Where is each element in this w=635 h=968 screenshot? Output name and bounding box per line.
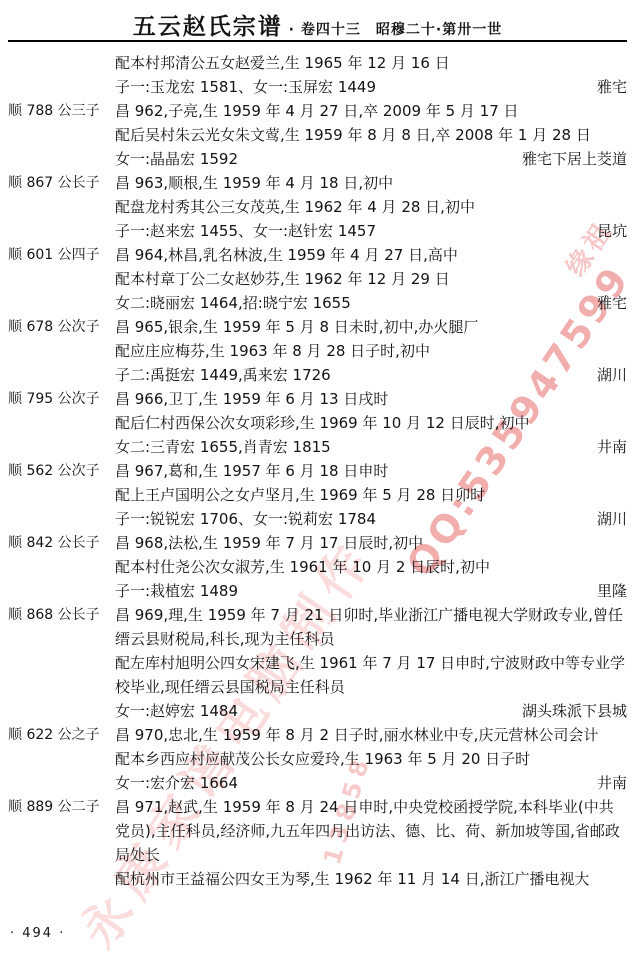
entry-label: 顺 867 公长子 <box>8 171 115 195</box>
entry-line: 配本村邦清公五女赵爱兰,生 1965 年 12 月 16 日 <box>115 51 627 75</box>
genealogy-entry: 顺 622 公之子昌 970,忠北,生 1959 年 8 月 2 日子时,丽水林… <box>8 723 627 795</box>
entry-line-text: 昌 969,理,生 1959 年 7 月 21 日卯时,毕业浙江广播电视大学财政… <box>115 603 627 651</box>
genealogy-entry: 顺 601 公四子昌 964,林昌,乳名林波,生 1959 年 4 月 27 日… <box>8 243 627 315</box>
genealogy-entry: 顺 678 公次子昌 965,银余,生 1959 年 5 月 8 日未时,初中,… <box>8 315 627 387</box>
entry-line: 配本乡西应村应献茂公长女应爱玲,生 1963 年 5 月 20 日子时 <box>115 747 627 771</box>
entry-label: 顺 601 公四子 <box>8 243 115 267</box>
place-name: 井南 <box>589 435 627 459</box>
entry-line-text: 女二:晓丽宏 1464,招:晓宁宏 1655 <box>115 291 351 315</box>
entry-content: 昌 970,忠北,生 1959 年 8 月 2 日子时,丽水林业中专,庆元营林公… <box>115 723 627 795</box>
place-name: 湖川 <box>589 507 627 531</box>
entry-line: 配后吴村朱云光女朱文莺,生 1959 年 8 月 8 日,卒 2008 年 1 … <box>115 123 627 147</box>
entry-line: 昌 963,顺根,生 1959 年 4 月 18 日,初中 <box>115 171 627 195</box>
page-subtitle: 卷四十三 昭穆二十·第卅一世 <box>301 22 502 38</box>
entry-line-text: 配本村仕尧公次女淑芳,生 1961 年 10 月 2 日辰时,初中 <box>115 555 490 579</box>
entry-line-text: 昌 963,顺根,生 1959 年 4 月 18 日,初中 <box>115 171 393 195</box>
entry-line: 昌 970,忠北,生 1959 年 8 月 2 日子时,丽水林业中专,庆元营林公… <box>115 723 627 747</box>
entry-line-text: 昌 964,林昌,乳名林波,生 1959 年 4 月 27 日,高中 <box>115 243 458 267</box>
entry-content: 昌 964,林昌,乳名林波,生 1959 年 4 月 27 日,高中配本村章丁公… <box>115 243 627 315</box>
entry-line-text: 子一:栽植宏 1489 <box>115 579 238 603</box>
entry-content: 昌 968,法松,生 1959 年 7 月 17 日辰时,初中配本村仕尧公次女淑… <box>115 531 627 603</box>
entry-line: 女一:晶晶宏 1592雅宅下居上茭道 <box>115 147 627 171</box>
entry-line-text: 昌 966,卫丁,生 1959 年 6 月 13 日戌时 <box>115 387 388 411</box>
entry-label: 顺 889 公二子 <box>8 795 115 819</box>
page-title: 五云赵氏宗谱 <box>133 14 283 40</box>
genealogy-page: 永康家谱电脑制作 QQ:535947599 13858 缘祖 五云赵氏宗谱 · … <box>0 0 635 968</box>
entry-line: 配应庄应梅芬,生 1963 年 8 月 28 日子时,初中 <box>115 339 627 363</box>
entry-label: 顺 842 公长子 <box>8 531 115 555</box>
entry-line-text: 配本村邦清公五女赵爱兰,生 1965 年 12 月 16 日 <box>115 51 450 75</box>
entry-line: 女一:宏介宏 1664井南 <box>115 771 627 795</box>
entry-label: 顺 622 公之子 <box>8 723 115 747</box>
entry-line-text: 昌 965,银余,生 1959 年 5 月 8 日未时,初中,办火腿厂 <box>115 315 478 339</box>
entry-label: 顺 868 公长子 <box>8 603 115 627</box>
entries-list: 配本村邦清公五女赵爱兰,生 1965 年 12 月 16 日子一:玉龙宏 158… <box>8 51 627 891</box>
genealogy-entry: 配本村邦清公五女赵爱兰,生 1965 年 12 月 16 日子一:玉龙宏 158… <box>8 51 627 99</box>
entry-line: 昌 965,银余,生 1959 年 5 月 8 日未时,初中,办火腿厂 <box>115 315 627 339</box>
entry-line: 配上王卢国明公之女卢坚月,生 1969 年 5 月 28 日卯时 <box>115 483 627 507</box>
entry-line: 昌 971,赵武,生 1959 年 8 月 24 日申时,中央党校函授学院,本科… <box>115 795 627 867</box>
entry-label: 顺 562 公次子 <box>8 459 115 483</box>
entry-line: 配后仁村西保公次女项彩珍,生 1969 年 10 月 12 日辰时,初中 <box>115 411 627 435</box>
entry-line-text: 女一:晶晶宏 1592 <box>115 147 238 171</box>
entry-line: 子一:栽植宏 1489里隆 <box>115 579 627 603</box>
entry-line-text: 女二:三青宏 1655,肖青宏 1815 <box>115 435 331 459</box>
entry-line: 昌 964,林昌,乳名林波,生 1959 年 4 月 27 日,高中 <box>115 243 627 267</box>
entry-line-text: 配后仁村西保公次女项彩珍,生 1969 年 10 月 12 日辰时,初中 <box>115 411 530 435</box>
entry-line-text: 子一:锐锐宏 1706、女一:锐莉宏 1784 <box>115 507 376 531</box>
entry-line-text: 配本乡西应村应献茂公长女应爱玲,生 1963 年 5 月 20 日子时 <box>115 747 530 771</box>
entry-content: 昌 971,赵武,生 1959 年 8 月 24 日申时,中央党校函授学院,本科… <box>115 795 627 891</box>
page-header: 五云赵氏宗谱 · 卷四十三 昭穆二十·第卅一世 <box>0 8 635 41</box>
entry-line: 昌 962,子亮,生 1959 年 4 月 27 日,卒 2009 年 5 月 … <box>115 99 627 123</box>
place-name: 湖头珠派下县城 <box>514 699 627 723</box>
entry-line: 配本村章丁公二女赵妙芬,生 1962 年 12 月 29 日 <box>115 267 627 291</box>
entry-content: 配本村邦清公五女赵爱兰,生 1965 年 12 月 16 日子一:玉龙宏 158… <box>115 51 627 99</box>
entry-content: 昌 963,顺根,生 1959 年 4 月 18 日,初中配盘龙村秀其公三女茂英… <box>115 171 627 243</box>
place-name: 雅宅下居上茭道 <box>514 147 627 171</box>
entry-label: 顺 795 公次子 <box>8 387 115 411</box>
entry-line: 配本村仕尧公次女淑芳,生 1961 年 10 月 2 日辰时,初中 <box>115 555 627 579</box>
place-name: 里隆 <box>589 579 627 603</box>
title-separator: · <box>283 22 301 38</box>
entry-line-text: 昌 971,赵武,生 1959 年 8 月 24 日申时,中央党校函授学院,本科… <box>115 795 627 867</box>
page-number: · 494 · <box>10 926 65 941</box>
entry-line-text: 昌 962,子亮,生 1959 年 4 月 27 日,卒 2009 年 5 月 … <box>115 99 519 123</box>
entry-line: 昌 966,卫丁,生 1959 年 6 月 13 日戌时 <box>115 387 627 411</box>
entry-line: 子一:赵来宏 1455、女一:赵针宏 1457昆坑 <box>115 219 627 243</box>
entry-line: 女二:三青宏 1655,肖青宏 1815井南 <box>115 435 627 459</box>
entry-content: 昌 969,理,生 1959 年 7 月 21 日卯时,毕业浙江广播电视大学财政… <box>115 603 627 723</box>
entry-line-text: 配本村章丁公二女赵妙芬,生 1962 年 12 月 29 日 <box>115 267 450 291</box>
entry-line-text: 配左库村旭明公四女宋建飞,生 1961 年 7 月 17 日申时,宁波财政中等专… <box>115 651 627 699</box>
entry-line: 配盘龙村秀其公三女茂英,生 1962 年 4 月 28 日,初中 <box>115 195 627 219</box>
entry-line-text: 子一:玉龙宏 1581、女一:玉屏宏 1449 <box>115 75 376 99</box>
entry-line: 子一:锐锐宏 1706、女一:锐莉宏 1784湖川 <box>115 507 627 531</box>
genealogy-entry: 顺 788 公三子昌 962,子亮,生 1959 年 4 月 27 日,卒 20… <box>8 99 627 171</box>
genealogy-entry: 顺 562 公次子昌 967,葛和,生 1957 年 6 月 18 日申时配上王… <box>8 459 627 531</box>
entry-content: 昌 966,卫丁,生 1959 年 6 月 13 日戌时配后仁村西保公次女项彩珍… <box>115 387 627 459</box>
place-name: 昆坑 <box>589 219 627 243</box>
place-name: 井南 <box>589 771 627 795</box>
place-name: 雅宅 <box>589 75 627 99</box>
entry-content: 昌 962,子亮,生 1959 年 4 月 27 日,卒 2009 年 5 月 … <box>115 99 627 171</box>
entry-label: 顺 788 公三子 <box>8 99 115 123</box>
entry-line-text: 昌 967,葛和,生 1957 年 6 月 18 日申时 <box>115 459 388 483</box>
entry-line-text: 配盘龙村秀其公三女茂英,生 1962 年 4 月 28 日,初中 <box>115 195 475 219</box>
entry-line: 配左库村旭明公四女宋建飞,生 1961 年 7 月 17 日申时,宁波财政中等专… <box>115 651 627 699</box>
genealogy-entry: 顺 795 公次子昌 966,卫丁,生 1959 年 6 月 13 日戌时配后仁… <box>8 387 627 459</box>
entry-line: 昌 969,理,生 1959 年 7 月 21 日卯时,毕业浙江广播电视大学财政… <box>115 603 627 651</box>
place-name: 雅宅 <box>589 291 627 315</box>
genealogy-entry: 顺 889 公二子昌 971,赵武,生 1959 年 8 月 24 日申时,中央… <box>8 795 627 891</box>
entry-line: 女二:晓丽宏 1464,招:晓宁宏 1655雅宅 <box>115 291 627 315</box>
genealogy-entry: 顺 868 公长子昌 969,理,生 1959 年 7 月 21 日卯时,毕业浙… <box>8 603 627 723</box>
entry-line-text: 子二:禹挺宏 1449,禹来宏 1726 <box>115 363 331 387</box>
place-name: 湖川 <box>589 363 627 387</box>
entry-line-text: 配上王卢国明公之女卢坚月,生 1969 年 5 月 28 日卯时 <box>115 483 485 507</box>
entry-line: 昌 967,葛和,生 1957 年 6 月 18 日申时 <box>115 459 627 483</box>
genealogy-entry: 顺 867 公长子昌 963,顺根,生 1959 年 4 月 18 日,初中配盘… <box>8 171 627 243</box>
entry-line-text: 女一:宏介宏 1664 <box>115 771 238 795</box>
entry-line: 子一:玉龙宏 1581、女一:玉屏宏 1449雅宅 <box>115 75 627 99</box>
entry-line: 配杭州市王益福公四女王为琴,生 1962 年 11 月 14 日,浙江广播电视大 <box>115 867 627 891</box>
entry-content: 昌 965,银余,生 1959 年 5 月 8 日未时,初中,办火腿厂配应庄应梅… <box>115 315 627 387</box>
entry-line-text: 昌 970,忠北,生 1959 年 8 月 2 日子时,丽水林业中专,庆元营林公… <box>115 723 598 747</box>
title-divider <box>8 40 627 42</box>
genealogy-entry: 顺 842 公长子昌 968,法松,生 1959 年 7 月 17 日辰时,初中… <box>8 531 627 603</box>
entry-line: 女一:赵婷宏 1484湖头珠派下县城 <box>115 699 627 723</box>
entry-label: 顺 678 公次子 <box>8 315 115 339</box>
entry-line-text: 配杭州市王益福公四女王为琴,生 1962 年 11 月 14 日,浙江广播电视大 <box>115 867 590 891</box>
entry-line: 昌 968,法松,生 1959 年 7 月 17 日辰时,初中 <box>115 531 627 555</box>
entry-line-text: 子一:赵来宏 1455、女一:赵针宏 1457 <box>115 219 376 243</box>
entry-line-text: 配后吴村朱云光女朱文莺,生 1959 年 8 月 8 日,卒 2008 年 1 … <box>115 123 591 147</box>
entry-line-text: 女一:赵婷宏 1484 <box>115 699 238 723</box>
entry-content: 昌 967,葛和,生 1957 年 6 月 18 日申时配上王卢国明公之女卢坚月… <box>115 459 627 531</box>
entry-line-text: 昌 968,法松,生 1959 年 7 月 17 日辰时,初中 <box>115 531 423 555</box>
entry-line-text: 配应庄应梅芬,生 1963 年 8 月 28 日子时,初中 <box>115 339 430 363</box>
entry-line: 子二:禹挺宏 1449,禹来宏 1726湖川 <box>115 363 627 387</box>
